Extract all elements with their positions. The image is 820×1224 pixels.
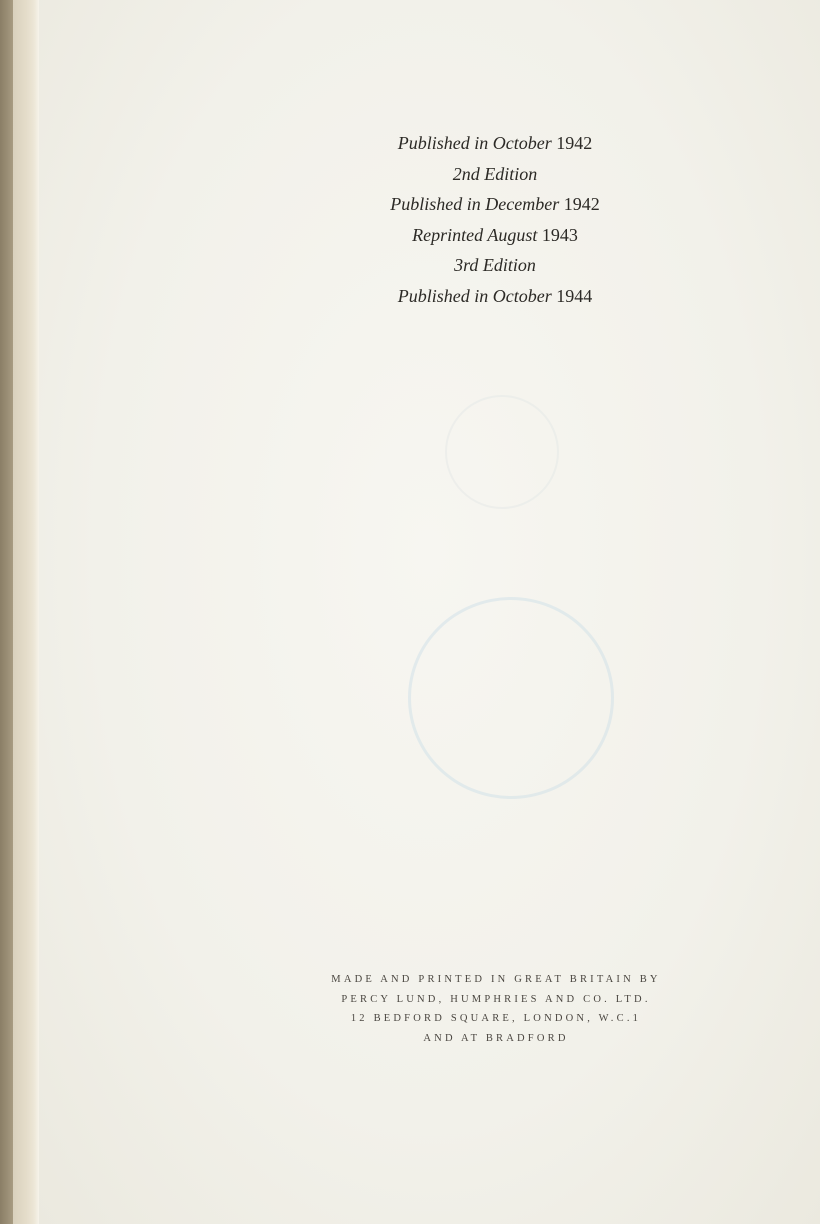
imprint-line: AND AT BRADFORD bbox=[296, 1029, 696, 1049]
publication-history: Published in October 1942 2nd Edition Pu… bbox=[300, 128, 690, 311]
imprint-line: MADE AND PRINTED IN GREAT BRITAIN BY bbox=[296, 970, 696, 990]
history-line: Reprinted August 1943 bbox=[300, 220, 690, 251]
history-line: Published in December 1942 bbox=[300, 189, 690, 220]
imprint-line: 12 BEDFORD SQUARE, LONDON, W.C.1 bbox=[296, 1009, 696, 1029]
printer-imprint: MADE AND PRINTED IN GREAT BRITAIN BY PER… bbox=[296, 970, 696, 1048]
library-stamp bbox=[408, 597, 614, 799]
imprint-line: PERCY LUND, HUMPHRIES AND CO. LTD. bbox=[296, 990, 696, 1010]
show-through-emblem bbox=[445, 395, 559, 509]
history-line: Published in October 1944 bbox=[300, 281, 690, 312]
history-line: 3rd Edition bbox=[300, 250, 690, 281]
page-gutter bbox=[13, 0, 39, 1224]
history-line: 2nd Edition bbox=[300, 159, 690, 190]
history-line: Published in October 1942 bbox=[300, 128, 690, 159]
book-spine bbox=[0, 0, 13, 1224]
